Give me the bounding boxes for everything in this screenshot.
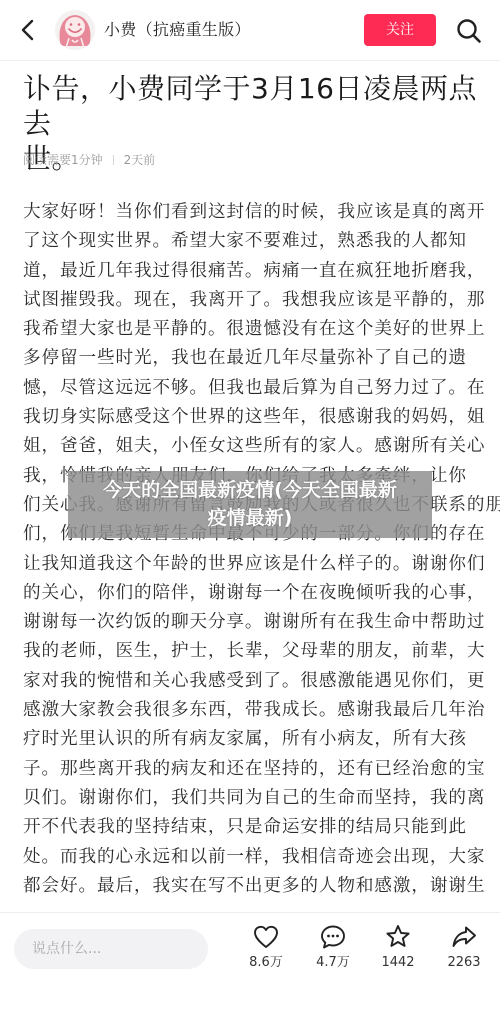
body-line: 我切身实际感受这个世界的这些年，很感谢我的妈妈，姐 (23, 403, 483, 432)
overlay-line: 今天的全国最新疫情(今天全国最新 (68, 476, 432, 504)
body-line: 道，最近几年我过得很痛苦。病痛一直在疯狂地折磨我， (23, 257, 483, 286)
body-line: 大家好呀！当你们看到这封信的时候，我应该是真的离开 (23, 198, 483, 227)
body-line: 让我知道我这个年龄的世界应该是什么样子的。谢谢你们 (23, 550, 483, 579)
body-line: 感激大家教会我很多东西，带我成长。感谢我最后几年治 (23, 696, 483, 725)
comment-input[interactable] (14, 929, 208, 969)
body-line: 贝们。谢谢你们，我们共同为自己的生命而坚持，我的离 (23, 784, 483, 813)
author-name[interactable]: 小费（抗癌重生版） (104, 19, 251, 41)
share-button[interactable]: 2263 (434, 923, 494, 971)
body-line: 的关心，你们的陪伴，谢谢每一个在夜晚倾听我的心事， (23, 579, 483, 608)
body-line: 我的老师，医生，护士，长辈，父母辈的朋友，前辈，大 (23, 637, 483, 666)
author-avatar[interactable] (55, 10, 95, 50)
follow-button[interactable]: 关注 (364, 14, 436, 46)
body-line: 憾，尽管这远远不够。但我也最后算为自己努力过了。在 (23, 374, 483, 403)
like-button[interactable]: 8.6万 (236, 923, 296, 971)
meta-divider (113, 155, 114, 165)
body-line: 疗时光里认识的所有病友家属，所有小病友，所有大孩 (23, 725, 483, 754)
body-line: 子。那些离开我的病友和还在坚持的，还有已经治愈的宝 (23, 755, 483, 784)
back-button[interactable] (14, 16, 42, 44)
body-line: 我希望大家也是平静的。很遗憾没有在这个美好的世界上 (23, 315, 483, 344)
share-count: 2263 (434, 955, 494, 971)
body-line: 了这个现实世界。希望大家不要难过，熟悉我的人都知 (23, 227, 483, 256)
body-line: 试图摧毁我。现在，我离开了。我想我应该是平静的，那 (23, 286, 483, 315)
caption-overlay: 今天的全国最新疫情(今天全国最新 疫情最新) (68, 471, 432, 538)
body-line: 多停留一些时光，我也在最近几年尽量弥补了自己的遗 (23, 344, 483, 373)
read-time: 阅读需要1分钟 (23, 153, 103, 167)
search-icon (455, 17, 483, 45)
favorite-button[interactable]: 1442 (368, 923, 428, 971)
body-line: 都会好。最后，我实在写不出更多的人物和感激，谢谢生 (23, 872, 483, 901)
star-icon (384, 923, 412, 951)
like-count: 8.6万 (236, 955, 296, 971)
heart-icon (252, 923, 280, 951)
body-line: 家对我的惋惜和关心我感受到了。很感激能遇见你们，更 (23, 667, 483, 696)
share-icon (450, 923, 478, 951)
top-nav-bar: 小费（抗癌重生版） 关注 (0, 0, 500, 61)
body-line: 姐，爸爸，姐夫，小侄女这些所有的家人。感谢所有关心 (23, 432, 483, 461)
body-line: 开不代表我的坚持结束，只是命运安排的结局只能到此 (23, 813, 483, 842)
smiley-avatar-icon (55, 10, 95, 50)
bottom-action-bar: 8.6万 4.7万 1442 2263 (0, 912, 500, 1009)
body-line: 处。而我的心永远和以前一样，我相信奇迹会出现，大家 (23, 843, 483, 872)
title-line: 讣告，小费同学于3月16日凌晨两点去 (23, 71, 483, 141)
body-line: 谢谢每一次约饭的聊天分享。谢谢所有在我生命中帮助过 (23, 608, 483, 637)
comment-button[interactable]: 4.7万 (303, 923, 363, 971)
comment-count: 4.7万 (303, 955, 363, 971)
comment-icon (319, 923, 347, 951)
chevron-left-icon (14, 16, 42, 44)
favorite-count: 1442 (368, 955, 428, 971)
post-time: 2天前 (124, 153, 156, 167)
article-meta: 阅读需要1分钟2天前 (23, 152, 155, 168)
search-button[interactable] (455, 17, 483, 45)
overlay-line: 疫情最新) (68, 504, 432, 532)
article-body: 大家好呀！当你们看到这封信的时候，我应该是真的离开 了这个现实世界。希望大家不要… (23, 198, 483, 901)
